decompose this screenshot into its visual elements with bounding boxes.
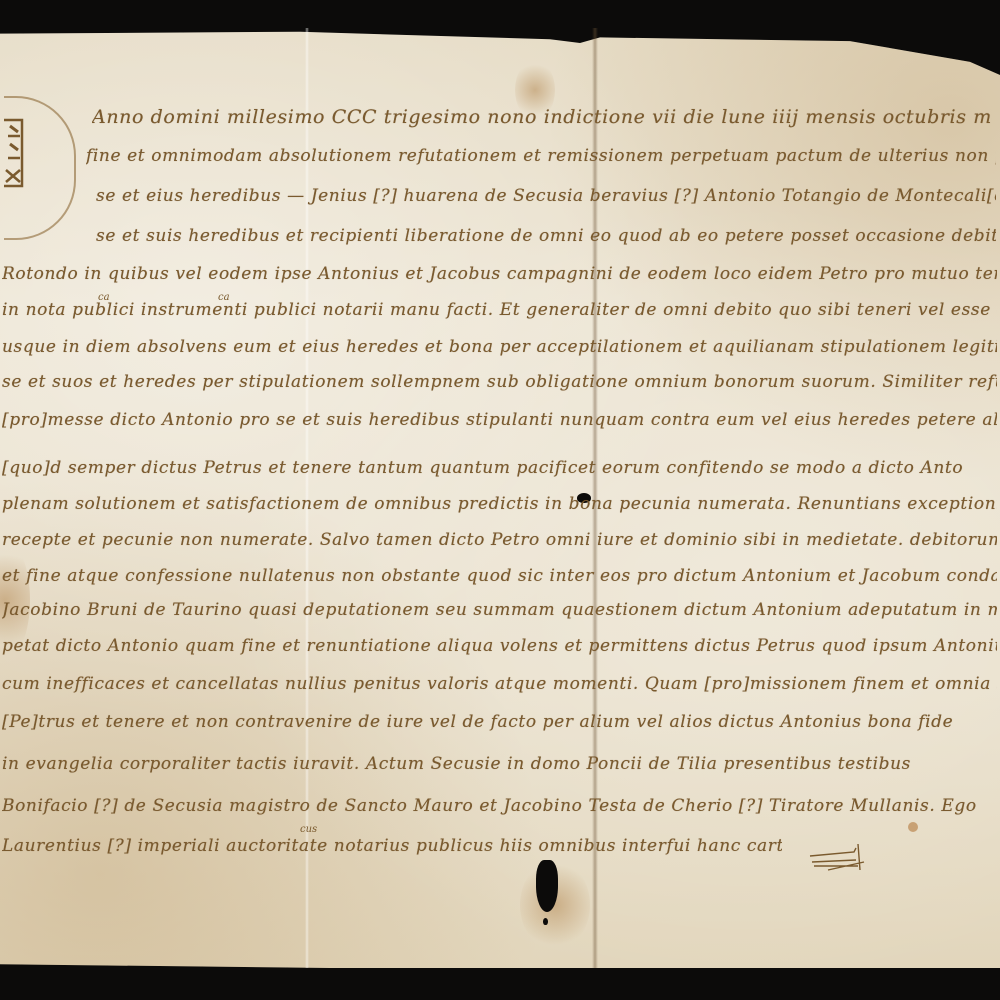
text-line-2: fine et omnimodam absolutionem refutatio… [86, 146, 996, 166]
text-line-10: [quo]d semper dictus Petrus et tenere ta… [2, 458, 997, 478]
text-line-9: [pro]messe dicto Antonio pro se et suis … [2, 410, 997, 430]
supralinear-note: ca [98, 292, 110, 303]
text-line-15: petat dicto Antonio quam fine et renunti… [2, 636, 997, 656]
text-line-17: [Pe]trus et tenere et non contravenire d… [2, 712, 997, 732]
text-line-6: in nota publici instrumenti publici nota… [2, 300, 997, 320]
ink-blot [908, 822, 918, 832]
text-line-20: Laurentius [?] imperiali auctoritate not… [2, 836, 782, 856]
notary-flourish-icon [808, 842, 870, 872]
supralinear-note: cus [300, 824, 317, 835]
text-line-16: cum inefficaces et cancellatas nullius p… [2, 674, 997, 694]
text-line-4: se et suis heredibus et recipienti liber… [96, 226, 996, 246]
text-line-12: recepte et pecunie non numerate. Salvo t… [2, 530, 997, 550]
text-line-7: usque in diem absolvens eum et eius here… [2, 337, 997, 357]
text-line-14: Jacobino Bruni de Taurino quasi deputati… [2, 600, 997, 620]
document-viewer: Anno domini millesimo CCC trigesimo nono… [0, 0, 1000, 1000]
supralinear-note: ca [218, 292, 230, 303]
text-line-1: Anno domini millesimo CCC trigesimo nono… [92, 106, 992, 128]
text-line-11: plenam solutionem et satisfactionem de o… [2, 494, 997, 514]
text-line-8: se et suos et heredes per stipulationem … [2, 372, 997, 392]
text-line-5: Rotondo in quibus vel eodem ipse Antoniu… [2, 264, 997, 284]
text-line-19: Bonifacio [?] de Secusia magistro de San… [2, 796, 997, 816]
text-line-3: se et eius heredibus — Jenius [?] huaren… [96, 186, 996, 206]
text-line-13: et fine atque confessione nullatenus non… [2, 566, 997, 586]
text-line-18: in evangelia corporaliter tactis iuravit… [2, 754, 997, 774]
